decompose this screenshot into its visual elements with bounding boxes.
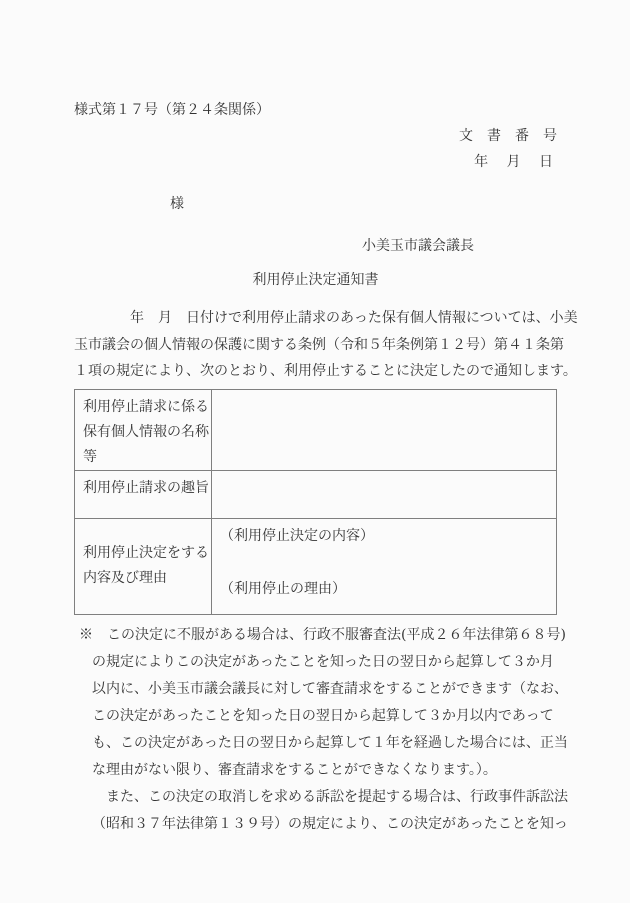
body-line: 年 月 日付けで利用停止請求のあった保有個人情報については、小美: [74, 305, 557, 332]
table-row: 利用停止決定をする内容及び理由 （利用停止決定の内容） （利用停止の理由）: [75, 518, 557, 614]
sender-name: 小美玉市議会議長: [362, 238, 474, 254]
sender-line: 小美玉市議会議長: [74, 233, 557, 259]
body-line: １項の規定により、次のとおり、利用停止することに決定したので通知します。: [74, 358, 557, 385]
table-row: 利用停止請求に係る保有個人情報の名称等: [75, 389, 557, 470]
decision-table: 利用停止請求に係る保有個人情報の名称等 利用停止請求の趣旨 利用停止決定をする内…: [74, 389, 557, 615]
table-cell-label: 利用停止請求の趣旨: [75, 470, 212, 518]
table-cell-value: [212, 389, 557, 470]
body-paragraph: 年 月 日付けで利用停止請求のあった保有個人情報については、小美 玉市議会の個人…: [74, 305, 557, 385]
appeal-note: ※ この決定に不服がある場合は、行政不服審査法(平成２６年法律第６８号) の規定…: [74, 622, 557, 838]
decision-reason-heading: （利用停止の理由）: [220, 577, 554, 602]
document-page: 様式第１７号（第２４条関係） 文 書 番 号 年 月 日 様 小美玉市議会議長 …: [0, 0, 630, 903]
addressee-suffix: 様: [170, 196, 184, 212]
table-cell-label: 利用停止決定をする内容及び理由: [75, 518, 212, 614]
body-line: 玉市議会の個人情報の保護に関する条例（令和５年条例第１２号）第４１条第: [74, 332, 557, 359]
note-line: （昭和３７年法律第１３９号）の規定により、この決定があったことを知っ: [92, 811, 557, 838]
date-line: 年 月 日: [74, 149, 557, 175]
document-number-label: 文 書 番 号: [74, 123, 557, 149]
table-row: 利用停止請求の趣旨: [75, 470, 557, 518]
note-line: 以内に、小美玉市議会議長に対して審査請求をすることができます（なお、: [92, 676, 557, 703]
note-line: ※ この決定に不服がある場合は、行政不服審査法(平成２６年法律第６８号): [79, 622, 557, 649]
form-number: 様式第１７号（第２４条関係）: [74, 97, 557, 123]
note-line: な理由がない限り、審査請求をすることができなくなります。）。: [92, 757, 557, 784]
addressee-line: 様: [74, 191, 557, 217]
page-title: 利用停止決定通知書: [74, 267, 557, 293]
note-line: この決定があったことを知った日の翌日から起算して３か月以内であって: [92, 703, 557, 730]
note-line: の規定によりこの決定があったことを知った日の翌日から起算して３か月: [92, 649, 557, 676]
document-content: 様式第１７号（第２４条関係） 文 書 番 号 年 月 日 様 小美玉市議会議長 …: [74, 97, 557, 838]
table-cell-value: （利用停止決定の内容） （利用停止の理由）: [212, 518, 557, 614]
note-line: また、この決定の取消しを求める訴訟を提起する場合は、行政事件訴訟法: [92, 784, 557, 811]
note-line: も、この決定があった日の翌日から起算して１年を経過した場合には、正当: [92, 730, 557, 757]
table-cell-label: 利用停止請求に係る保有個人情報の名称等: [75, 389, 212, 470]
document-number-block: 文 書 番 号 年 月 日: [74, 123, 557, 175]
table-cell-value: [212, 470, 557, 518]
decision-content-heading: （利用停止決定の内容）: [220, 524, 554, 549]
